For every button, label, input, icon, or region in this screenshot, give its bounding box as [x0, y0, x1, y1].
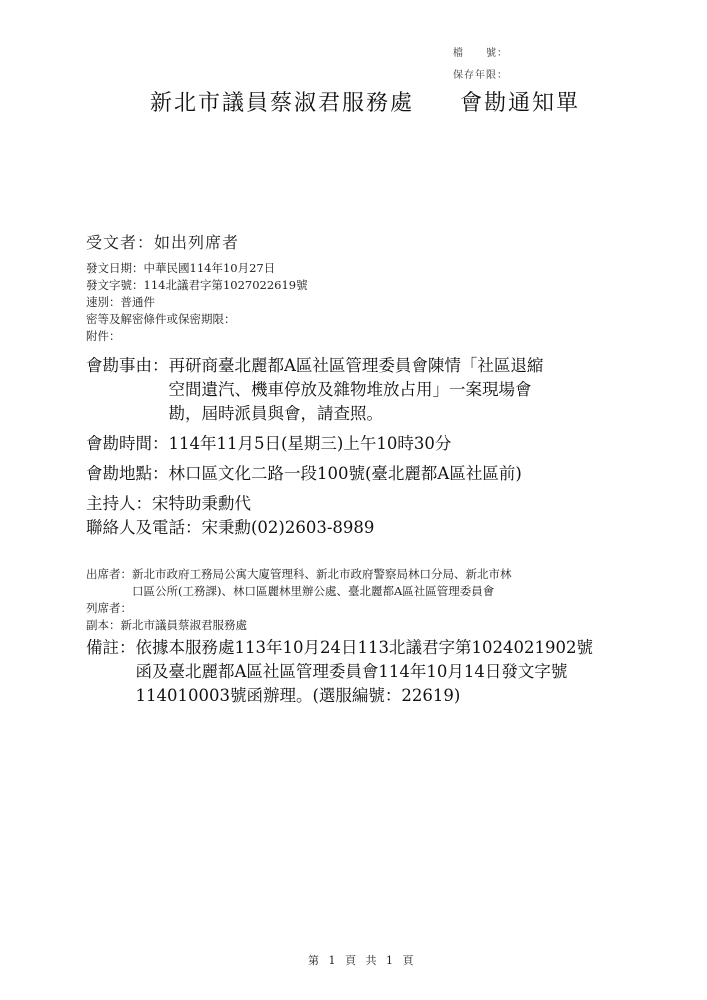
classification: 密等及解密條件或保密期限： — [86, 311, 308, 328]
attendees-label: 出席者： — [86, 566, 132, 600]
page-number: 第 1 頁 共 1 頁 — [308, 952, 416, 968]
inspection-subject: 會勘事由： 再研商臺北麗都A區社區管理委員會陳情「社區退縮 空間遺汽、機車停放及… — [86, 354, 626, 426]
remarks-line: 函及臺北麗都A區社區管理委員會114年10月14日發文字號 — [136, 660, 647, 684]
issue-date: 發文日期：中華民國114年10月27日 — [86, 260, 308, 277]
title-document-type: 會勘通知單 — [460, 91, 580, 116]
page-title: 新北市議員蔡淑君服務處 會勘通知單 — [150, 86, 580, 117]
subject-line: 勘，屆時派員與會，請查照。 — [169, 402, 627, 426]
urgency: 速別：普通件 — [86, 294, 308, 311]
inspection-time: 會勘時間：114年11月5日(星期三)上午10時30分 — [86, 432, 451, 456]
attendees-line: 新北市政府工務局公寓大廈管理科、新北市政府警察局林口分局、新北市林 — [132, 566, 626, 583]
attachments: 附件： — [86, 328, 308, 345]
remarks-label: 備註： — [86, 636, 136, 708]
subject-line: 空間遺汽、機車停放及雜物堆放占用」一案現場會 — [169, 378, 627, 402]
inspection-location: 會勘地點：林口區文化二路一段100號(臺北麗都A區社區前) — [86, 462, 522, 486]
observers: 列席者： — [86, 600, 132, 617]
remarks: 備註： 依據本服務處113年10月24日113北議君字第1024021902號 … — [86, 636, 646, 708]
copy-recipients: 副本：新北市議員蔡淑君服務處 — [86, 617, 247, 634]
document-number: 發文字號：114北議君字第1027022619號 — [86, 277, 308, 294]
recipient-line: 受文者：如出列席者 — [86, 230, 239, 253]
contact-person-phone: 聯絡人及電話：宋秉勳(02)2603-8989 — [86, 516, 374, 540]
document-meta: 發文日期：中華民國114年10月27日 發文字號：114北議君字第1027022… — [86, 260, 308, 345]
file-number-label: 檔 號： — [453, 44, 508, 59]
remarks-line: 依據本服務處113年10月24日113北議君字第1024021902號 — [136, 636, 647, 660]
subject-line: 再研商臺北麗都A區社區管理委員會陳情「社區退縮 — [169, 354, 627, 378]
host: 主持人：宋特助秉勳代 — [86, 492, 251, 516]
subject-label: 會勘事由： — [86, 354, 169, 426]
remarks-line: 114010003號函辦理。(選服編號：22619) — [136, 684, 647, 708]
attendees: 出席者： 新北市政府工務局公寓大廈管理科、新北市政府警察局林口分局、新北市林 口… — [86, 566, 626, 600]
retention-period-label: 保存年限： — [453, 66, 508, 81]
attendees-line: 口區公所(工務課)、林口區麗林里辦公處、臺北麗都A區社區管理委員會 — [132, 583, 626, 600]
title-office: 新北市議員蔡淑君服務處 — [150, 91, 414, 116]
